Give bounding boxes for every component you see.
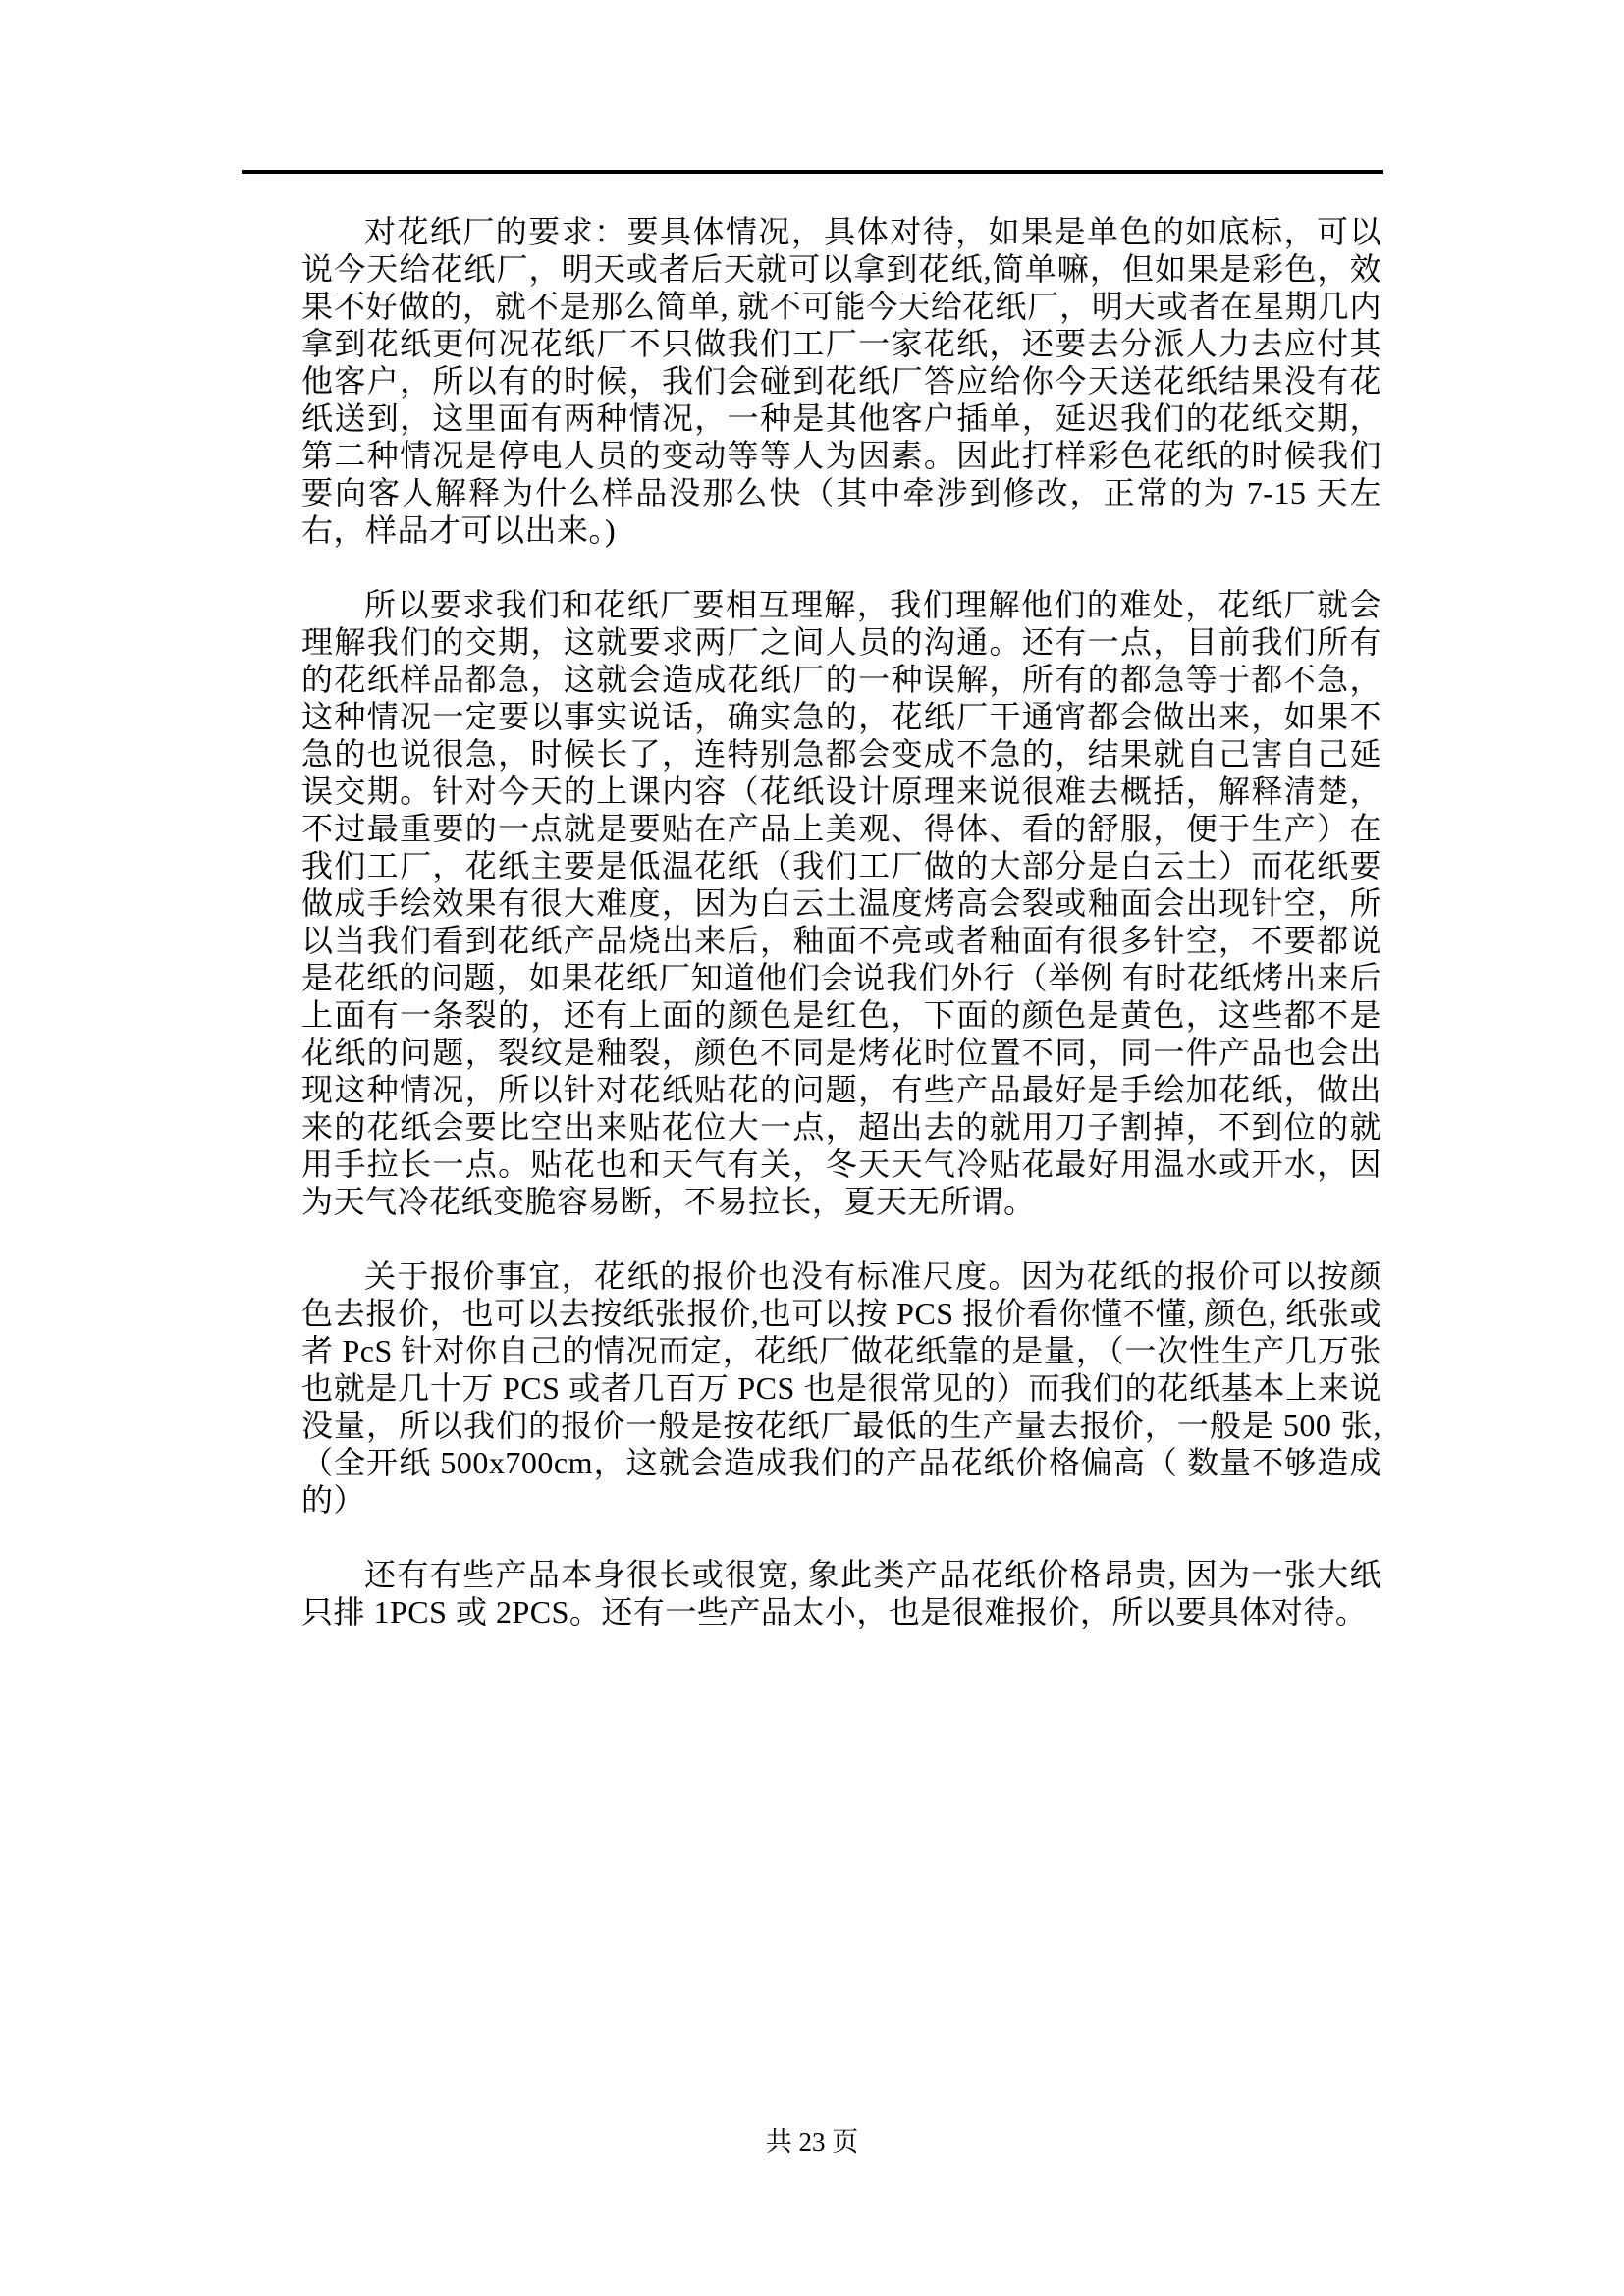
paragraph-quotation-matters: 关于报价事宜，花纸的报价也没有标准尺度。因为花纸的报价可以按颜色去报价，也可以去… [301, 1257, 1381, 1519]
document-page: 对花纸厂的要求：要具体情况，具体对待，如果是单色的如底标，可以说今天给花纸厂，明… [0, 0, 1624, 2296]
document-body: 对花纸厂的要求：要具体情况，具体对待，如果是单色的如底标，可以说今天给花纸厂，明… [301, 213, 1381, 1668]
paragraph-mutual-understanding: 所以要求我们和花纸厂要相互理解，我们理解他们的难处，花纸厂就会理解我们的交期，这… [301, 586, 1381, 1220]
paragraph-special-products: 还有有些产品本身很长或很宽, 象此类产品花纸价格昂贵, 因为一张大纸只排 1PC… [301, 1556, 1381, 1630]
paragraph-requirements-for-decal-factory: 对花纸厂的要求：要具体情况，具体对待，如果是单色的如底标，可以说今天给花纸厂，明… [301, 213, 1381, 549]
page-footer: 共 23 页 [0, 2126, 1624, 2158]
page-count-label: 共 23 页 [766, 2127, 859, 2157]
header-rule [242, 170, 1383, 174]
